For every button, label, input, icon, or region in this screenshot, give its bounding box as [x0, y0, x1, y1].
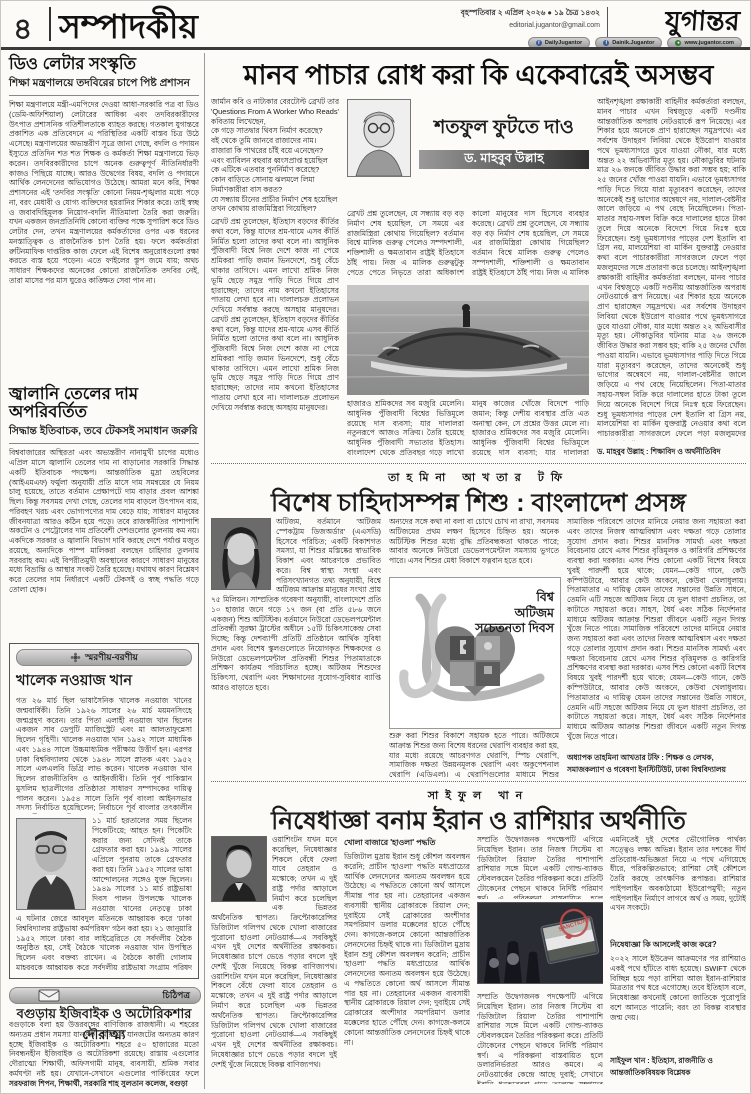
sanctions-col4-bottom: ২০২২ সালে ইউক্রেন আক্রমণের পর রাশিয়াও এ…: [610, 954, 746, 1050]
newspaper-editorial-page: ৪ সম্পাদকীয় বৃহস্পতিবার ২ এপ্রিল ২০২৬ ●…: [0, 0, 751, 1094]
editorial-1: ডিও লেটার সংস্কৃতি শিক্ষা মন্ত্রণালয়ে ত…: [9, 55, 199, 378]
header-rule: [1, 47, 751, 50]
autism-article-body: অটিজম, বর্তমানে 'অটিজম স্পেকট্রাম ডিজঅর্…: [211, 517, 746, 777]
editorial-2: জ্বালানি তেলের দাম অপরিবর্তিত সিদ্ধান্ত …: [9, 385, 199, 654]
article-divider: [211, 781, 746, 782]
lead-author-photo: [347, 99, 411, 177]
sanctions-author-photo: [211, 836, 267, 902]
iran-sanctions-photo: SANCTIONS: [477, 902, 603, 984]
lead-poem: জার্মান কবি ও নাট্যকার বেরটোল্ট ব্রেখট ত…: [211, 97, 339, 214]
memorial-portrait-photo: [16, 818, 86, 910]
lead-mid-text-1: ব্রেখট প্রশ্ন তুলেছেন, যে সন্ধ্যায় বড় …: [347, 209, 589, 281]
article-divider: [211, 463, 746, 464]
letter-body: বগুড়াকে বলা হয় উত্তরবঙ্গের বাণিজ্যিক র…: [9, 1020, 199, 1078]
capsized-boat-photo: [347, 285, 589, 395]
editorial-2-title: জ্বালানি তেলের দাম অপরিবর্তিত: [9, 385, 199, 421]
letters-banner: চিঠিপত্র: [9, 987, 201, 1004]
social-label: DailyJugantor: [545, 40, 582, 46]
editorial-2-subtitle: সিদ্ধান্ত ইতিবাচক, তবে টেকসই সমাধান জরুর…: [9, 424, 199, 444]
header-divider-bar: [49, 7, 51, 41]
lead-author-banner: ড. মাহবুব উল্লাহ: [419, 150, 589, 169]
lead-mid-text-2: হাজারও শ্রমিকদের সব মজুরি মেলেনি। আধুনিক…: [347, 399, 589, 459]
lead-col1-text: ব্রেখট প্রশ্ন তুলেছেন, ইতিহাস বড়দের কীর…: [211, 217, 339, 412]
lead-article-body: জার্মান কবি ও নাট্যকার বেরটোল্ট ব্রেখট ত…: [211, 97, 746, 459]
sanctions-col3-bottom: সম্প্রতি উদ্বেগজনক পদক্ষেপটি এগিয়ে নিয়…: [477, 992, 603, 1084]
sanctions-col-2: খোলা বাজারে 'হাওলা' পদ্ধতি ডিজিটাল মুদ্র…: [344, 835, 470, 1085]
lead-col-1: জার্মান কবি ও নাট্যকার বেরটোল্ট ব্রেখট ত…: [211, 97, 339, 459]
letter-signature: সরফরাজ শিপন, শিক্ষার্থী, সরকারি শাহ সুলত…: [9, 1079, 199, 1091]
left-rail-divider: [204, 53, 205, 1089]
lead-author-credit: ড. মাহবুব উল্লাহ : শিক্ষাবিদ ও অর্থনীতিব…: [597, 447, 746, 459]
editorial-email[interactable]: editorial.jugantor@gmail.com: [461, 22, 600, 29]
social-label: Dainik.Jugantor: [612, 40, 654, 46]
social-label: www.jugantor.com: [684, 40, 734, 46]
memorial-box: স্মরণীয়-বরণীয় খালেক নওয়াজ খান গত ২৬ ম…: [9, 643, 199, 979]
memorial-banner: স্মরণীয়-বরণীয়: [16, 649, 192, 666]
sanctions-subhead-1: খোলা বাজারে 'হাওলা' পদ্ধতি: [344, 837, 470, 850]
flower-icon: [70, 652, 81, 663]
memorial-body-top: গত ২৬ মার্চ ছিল ভাষাসৈনিক খালেক নওয়াজ খ…: [16, 696, 192, 814]
memorial-body-mid: ১১ মার্চ হরতালের সময় ছিলেন পিকেটিংয়ে; …: [92, 816, 192, 912]
memorial-body-bottom: এ ঘটনার জেরে আবদুল মতিনকে আহ্বায়ক করে '…: [16, 914, 192, 970]
autism-graphic-title: বিশ্ব অটিজম সচেতনতা দিবস: [475, 590, 554, 637]
editorial-1-title: ডিও লেটার সংস্কৃতি: [9, 55, 199, 73]
facebook-icon: f: [536, 40, 542, 46]
memorial-banner-label: স্মরণীয়-বরণীয়: [85, 650, 138, 665]
autism-awareness-graphic: বিশ্ব অটিজম সচেতনতা দিবস: [389, 577, 561, 729]
globe-icon: ●: [675, 40, 681, 46]
autism-col2-bottom: শুরু করা শিশুর বিকাশে সহায়ক হতে পারে। অ…: [389, 731, 559, 777]
facebook-icon: f: [603, 40, 609, 46]
autism-col2-top: অন্যদের সঙ্গে কথা না বলা বা চোখে চোখ না …: [389, 517, 559, 573]
autism-col-3: সামাজিক পরিবেশে তাদের মানিয়ে নেয়ার জন্…: [567, 517, 746, 749]
editorial-1-subtitle: শিক্ষা মন্ত্রণালয়ে তদবিরের চাপে পিষ্ট প…: [9, 76, 199, 96]
autism-author-photo: [211, 518, 271, 590]
header-dateline-block: বৃহস্পতিবার ২ এপ্রিল ২০২৬ ● ১৯ চৈত্র ১৪৩…: [461, 8, 600, 29]
letters-banner-label: চিঠিপত্র: [162, 988, 190, 1003]
sanctions-author-credit: সাইফুল খান : ইতিহাস, রাজনীতি ও আন্তর্জাত…: [610, 1056, 746, 1080]
header-vertical-rule: [607, 7, 608, 37]
sanctions-subhead-2: নিষেধাজ্ঞা কি আসলেই কাজ করে?: [610, 939, 746, 952]
sanctions-col-3: সম্প্রতি উদ্বেগজনক পদক্ষেপটি এগিয়ে নিয়…: [477, 835, 603, 1085]
sanctions-col-1: ওয়াশিংটন যখন মনে করেছিল, নিষেধাজ্ঞার শি…: [211, 835, 337, 1085]
sanctions-col3-top: সম্প্রতি উদ্বেগজনক পদক্ষেপটি এগিয়ে নিয়…: [477, 835, 603, 899]
autism-author-credit: অধ্যাপক তাহমিনা আখতার টফি : শিক্ষক ও লেখ…: [567, 753, 746, 777]
sanctions-article-body: ওয়াশিংটন যখন মনে করেছিল, নিষেধাজ্ঞার শি…: [211, 835, 746, 1085]
lead-author-box: শতফুল ফুটতে দাও ড. মাহবুব উল্লাহ: [347, 99, 589, 203]
lead-right-col: আইনশৃঙ্খলা রক্ষাকারী বাহিনীর কর্মকর্তারা…: [597, 97, 746, 441]
sanctions-col4-top: এমনিতেই দুই দেশের ভৌগোলিক পার্থক্য সত্ত্…: [610, 835, 746, 937]
envelope-icon: [38, 989, 60, 1002]
editorial-2-body: বিশ্ববাজারের অস্থিরতা এবং অভ্যন্তরীণ নান…: [9, 448, 199, 654]
memorial-title: খালেক নওয়াজ খান: [16, 670, 192, 694]
sanctions-col2-text: ডিজিটাল মুদ্রায় ইরান শুধু কৌশল অবলম্বন …: [344, 852, 470, 1047]
editorial-1-body: শিক্ষা মন্ত্রণালয়ে মন্ত্রী-এমপিদের দেওয…: [9, 100, 199, 378]
lead-headline: মানব পাচার রোধ করা কি একেবারেই অসম্ভব: [211, 55, 746, 100]
sanctions-col-4: এমনিতেই দুই দেশের ভৌগোলিক পার্থক্য সত্ত্…: [610, 835, 746, 1085]
autism-col-1: অটিজম, বর্তমানে 'অটিজম স্পেকট্রাম ডিজঅর্…: [211, 517, 381, 777]
date-line: বৃহস্পতিবার ২ এপ্রিল ২০২৬ ● ১৯ চৈত্র ১৪৩…: [461, 8, 600, 20]
